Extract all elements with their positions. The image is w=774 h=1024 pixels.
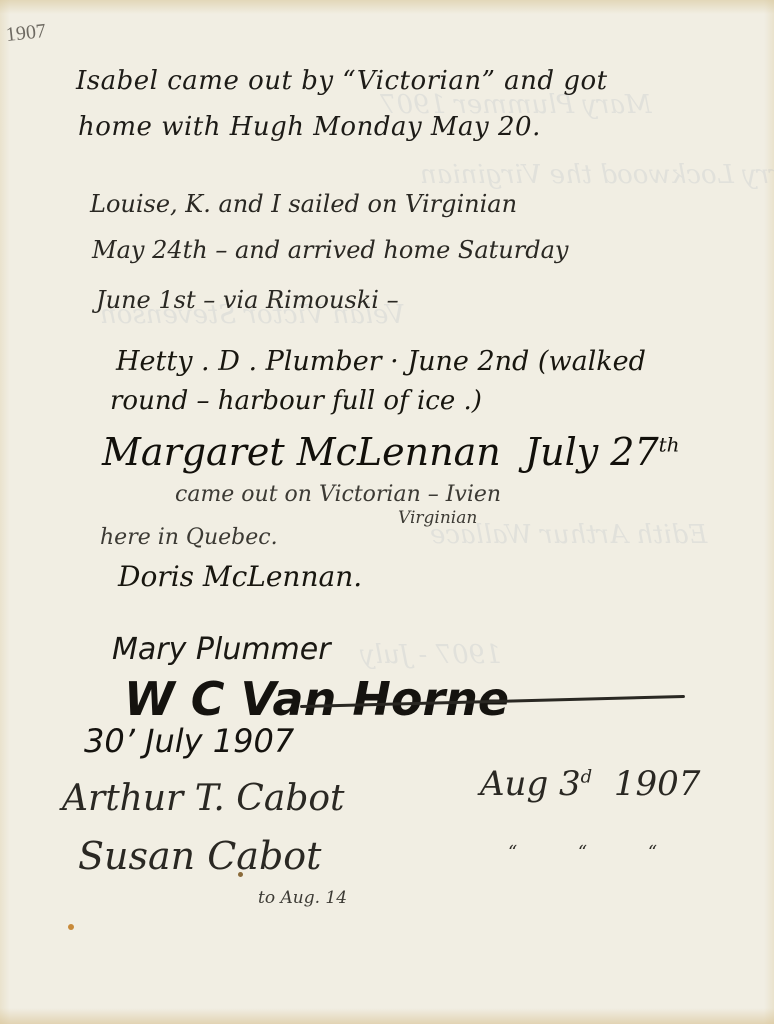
entry-hetty-line-1: Hetty . D . Plumber · June 2nd (walked xyxy=(116,346,646,377)
foxing-spot xyxy=(68,924,74,930)
bleed-through-text: 1907 - July xyxy=(360,640,502,670)
corner-year-annotation: 1907 xyxy=(5,20,47,47)
signature-doris-mclennan: Doris McLennan. xyxy=(118,560,362,593)
entry-louise-line-2: May 24th – and arrived home Saturday xyxy=(92,236,568,264)
entry-louise-line-1: Louise, K. and I sailed on Virginian xyxy=(90,190,517,218)
date-text: Aug 3 xyxy=(480,764,581,804)
signature-date: 30’ July 1907 xyxy=(84,722,294,760)
entry-louise-line-3: June 1st – via Rimouski – xyxy=(96,286,399,314)
margaret-note-continued: here in Quebec. xyxy=(100,525,278,550)
date-suffix: d xyxy=(581,767,593,788)
signature-wc-van-horne: W C Van Horne xyxy=(124,672,509,726)
ink-spot xyxy=(238,872,243,877)
signature-mary-plummer: Mary Plummer xyxy=(112,632,331,667)
entry-hetty-line-2: round – harbour full of ice .) xyxy=(110,386,482,416)
date-year: 1907 xyxy=(614,764,701,804)
entry-isabel-line-1: Isabel came out by “Victorian” and got xyxy=(76,66,608,96)
ditto-marks: “ “ “ xyxy=(508,842,657,863)
signature-date: July 27 xyxy=(525,430,659,474)
arthur-date: Aug 3d 1907 xyxy=(480,764,700,804)
signature-arthur-cabot: Arthur T. Cabot xyxy=(62,778,345,819)
susan-note: to Aug. 14 xyxy=(258,888,347,908)
signature-margaret-mclennan: Margaret McLennan July 27th xyxy=(102,430,680,474)
margaret-note: came out on Victorian – Ivien xyxy=(175,482,501,507)
guestbook-page: Mary Plummer 1907 Harry Lockwood the Vir… xyxy=(0,0,774,1024)
date-suffix: th xyxy=(659,432,680,456)
bleed-through-text: Harry Lockwood the Virginian xyxy=(420,160,774,190)
margaret-note-insertion: Virginian xyxy=(398,508,477,528)
signature-name: Margaret McLennan xyxy=(102,430,501,474)
entry-isabel-line-2: home with Hugh Monday May 20. xyxy=(78,112,541,142)
signature-susan-cabot: Susan Cabot xyxy=(78,834,321,878)
